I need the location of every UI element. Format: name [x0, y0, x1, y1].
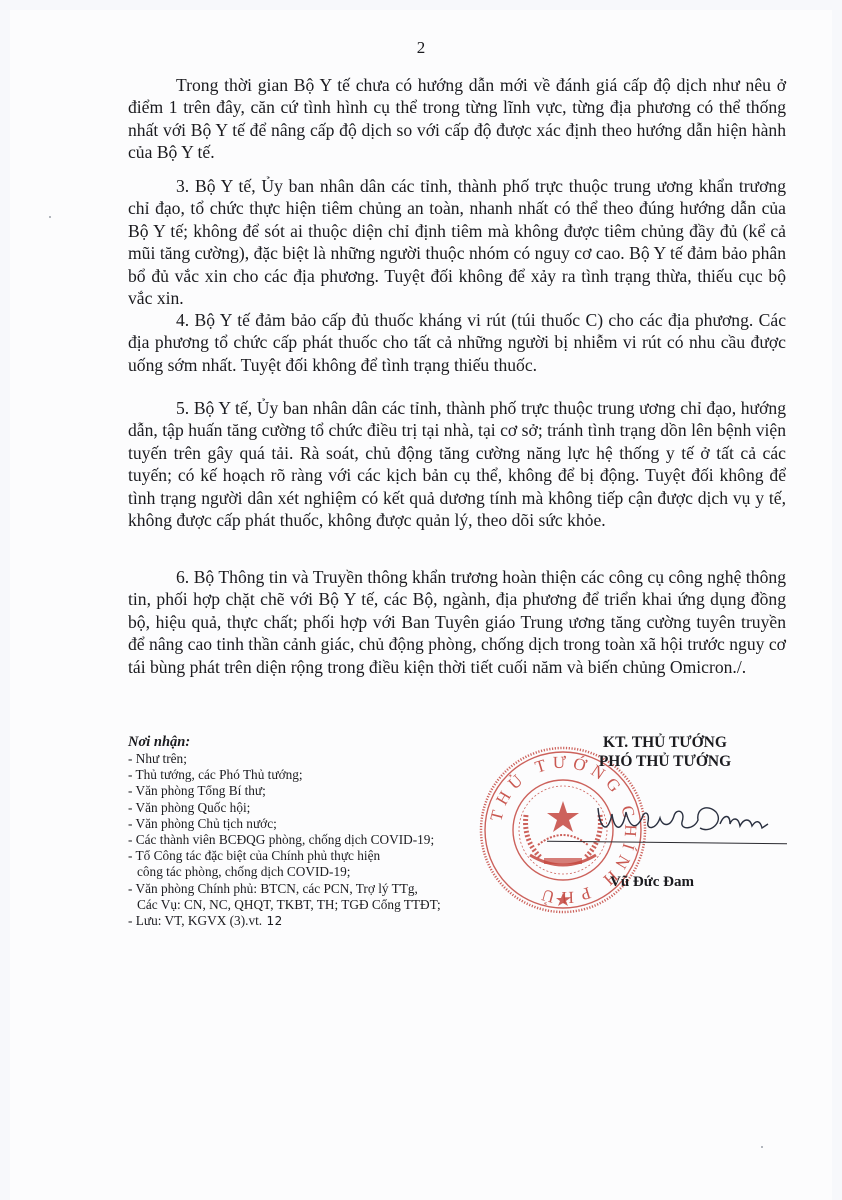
recipient-line: - Thủ tướng, các Phó Thủ tướng; — [128, 767, 303, 782]
recipient-item: - Lưu: VT, KGVX (3).vt. 12 — [128, 913, 548, 929]
recipient-line: - Tổ Công tác đặc biệt của Chính phủ thự… — [128, 848, 380, 863]
handwritten-copy-count: 12 — [262, 914, 283, 928]
recipient-line: - Văn phòng Chủ tịch nước; — [128, 816, 277, 831]
signer-name: Vũ Đức Đam — [610, 874, 770, 891]
recipient-line: - Văn phòng Quốc hội; — [128, 800, 250, 815]
paragraph-item-4: 4. Bộ Y tế đảm bảo cấp đủ thuốc kháng vi… — [128, 309, 786, 376]
signature-title-block: KT. THỦ TƯỚNG PHÓ THỦ TƯỚNG — [560, 733, 770, 771]
paragraph-item-6: 6. Bộ Thông tin và Truyền thông khẩn trư… — [128, 566, 786, 678]
paragraph-intro: Trong thời gian Bộ Y tế chưa có hướng dẫ… — [128, 74, 786, 164]
page-number: 2 — [0, 38, 842, 58]
recipient-line: - Văn phòng Chính phủ: BTCN, các PCN, Tr… — [128, 881, 418, 896]
recipient-line: - Lưu: VT, KGVX (3).vt. — [128, 913, 262, 928]
paragraph-item-5: 5. Bộ Y tế, Ủy ban nhân dân các tỉnh, th… — [128, 397, 786, 531]
recipient-line: - Như trên; — [128, 751, 187, 766]
recipient-line: - Văn phòng Tổng Bí thư; — [128, 783, 266, 798]
paragraph-item-3: 3. Bộ Y tế, Ủy ban nhân dân các tỉnh, th… — [128, 175, 786, 309]
recipient-line: - Các thành viên BCĐQG phòng, chống dịch… — [128, 832, 434, 847]
scan-speck — [761, 1146, 763, 1148]
signature-title-line1: KT. THỦ TƯỚNG — [560, 733, 770, 752]
signature-title-line2: PHÓ THỦ TƯỚNG — [560, 752, 770, 771]
scan-speck — [49, 216, 51, 218]
handwritten-signature-icon — [590, 800, 780, 840]
